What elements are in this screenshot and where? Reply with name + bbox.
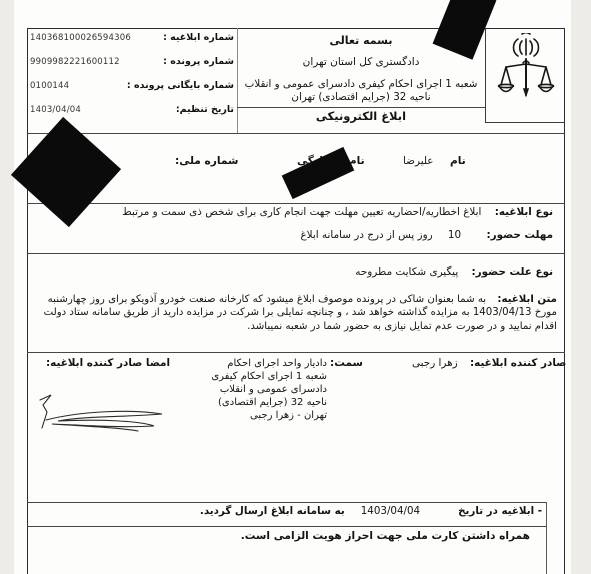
issuer-label: صادر کننده ابلاغیه: xyxy=(470,357,566,369)
row-line-5 xyxy=(27,502,546,503)
first-name-label: نام xyxy=(450,155,466,167)
notice-number-value: 140368100026594306 xyxy=(30,32,131,43)
notice-number-row: شماره ابلاغیه : 140368100026594306 xyxy=(30,32,234,56)
issue-date-label: تاریخ تنظیم: xyxy=(176,104,234,115)
branch-title: شعبه 1 اجرای احکام کیفری دادسرای عمومی و… xyxy=(237,78,485,104)
row-line-4 xyxy=(27,352,565,353)
archive-number-value: 0100144 xyxy=(30,80,69,91)
judiciary-scales-emblem-icon xyxy=(497,33,555,119)
issuer-row: صادر کننده ابلاغیه: زهرا رجبی xyxy=(412,357,566,369)
deadline-days: 10 xyxy=(448,229,461,241)
notice-body-text: به شما بعنوان شاکی در پرونده موصوف ابلاغ… xyxy=(44,294,557,332)
id-card-note: همراه داشتن کارت ملی جهت احراز هویت الزا… xyxy=(30,530,542,542)
notice-type-row: نوع ابلاغیه: ابلاغ اخطاریه/احضاریه تعیین… xyxy=(30,206,553,218)
row-line-3 xyxy=(27,253,565,254)
issue-date-value: 1403/04/04 xyxy=(30,104,81,115)
notice-type-value: ابلاغ اخطاریه/احضاریه تعیین مهلت جهت انج… xyxy=(122,206,481,218)
footer-right-line xyxy=(546,502,547,574)
row-line-6 xyxy=(27,526,546,527)
row-line-2 xyxy=(27,203,565,204)
deadline-value: روز پس از درج در سامانه ابلاغ xyxy=(300,229,432,241)
case-number-value: 9909982221600112 xyxy=(30,56,120,67)
sent-row: - ابلاغیه در تاریخ 1403/04/04 به سامانه … xyxy=(30,505,542,517)
deadline-label: مهلت حضور: xyxy=(486,229,553,241)
case-number-row: شماره پرونده : 9909982221600112 xyxy=(30,56,234,80)
issuer-name: زهرا رجبی xyxy=(412,357,458,369)
position-value: دادیار واحد اجرای احکام شعبه 1 اجرای احک… xyxy=(203,357,327,422)
title-band-top-line xyxy=(237,107,485,108)
first-name-value: علیرضا xyxy=(403,155,434,167)
branch-line-2: ناحیه 32 (جرایم اقتصادی) تهران xyxy=(237,91,485,104)
reason-label: نوع علت حضور: xyxy=(472,266,553,278)
document-numbers-block: شماره ابلاغیه : 140368100026594306 شماره… xyxy=(30,32,234,128)
archive-number-label: شماره بایگانی پرونده : xyxy=(127,80,234,91)
reason-row: نوع علت حضور: پیگیری شکایت مطروحه xyxy=(30,266,553,278)
handwritten-signature xyxy=(26,390,171,446)
national-id-label: شماره ملی: xyxy=(175,155,238,167)
signature-label: امضا صادر کننده ابلاغیه: xyxy=(46,357,170,369)
notice-body-row: متن ابلاغیه: به شما بعنوان شاکی در پروند… xyxy=(33,293,557,333)
document-type-title: ابلاغ الکترونیکی xyxy=(237,109,485,123)
archive-number-row: شماره بایگانی پرونده : 0100144 xyxy=(30,80,234,104)
sent-date: 1403/04/04 xyxy=(361,505,420,517)
case-number-label: شماره پرونده : xyxy=(163,56,234,67)
notice-body-label: متن ابلاغیه: xyxy=(497,294,557,305)
organization-title: دادگستری کل استان تهران xyxy=(237,56,485,68)
notice-number-label: شماره ابلاغیه : xyxy=(163,32,234,43)
branch-line-1: شعبه 1 اجرای احکام کیفری دادسرای عمومی و… xyxy=(237,78,485,91)
deadline-row: مهلت حضور: 10 روز پس از درج در سامانه اب… xyxy=(30,229,553,241)
position-label: سمت: xyxy=(330,357,363,369)
scanned-notification-document: شماره ابلاغیه : 140368100026594306 شماره… xyxy=(0,0,591,574)
reason-value: پیگیری شکایت مطروحه xyxy=(355,266,458,278)
row-line-1 xyxy=(27,133,565,134)
sent-rest: به سامانه ابلاغ ارسال گردید. xyxy=(200,505,345,517)
sent-label: - ابلاغیه در تاریخ xyxy=(458,505,542,517)
notice-type-label: نوع ابلاغیه: xyxy=(495,206,553,218)
